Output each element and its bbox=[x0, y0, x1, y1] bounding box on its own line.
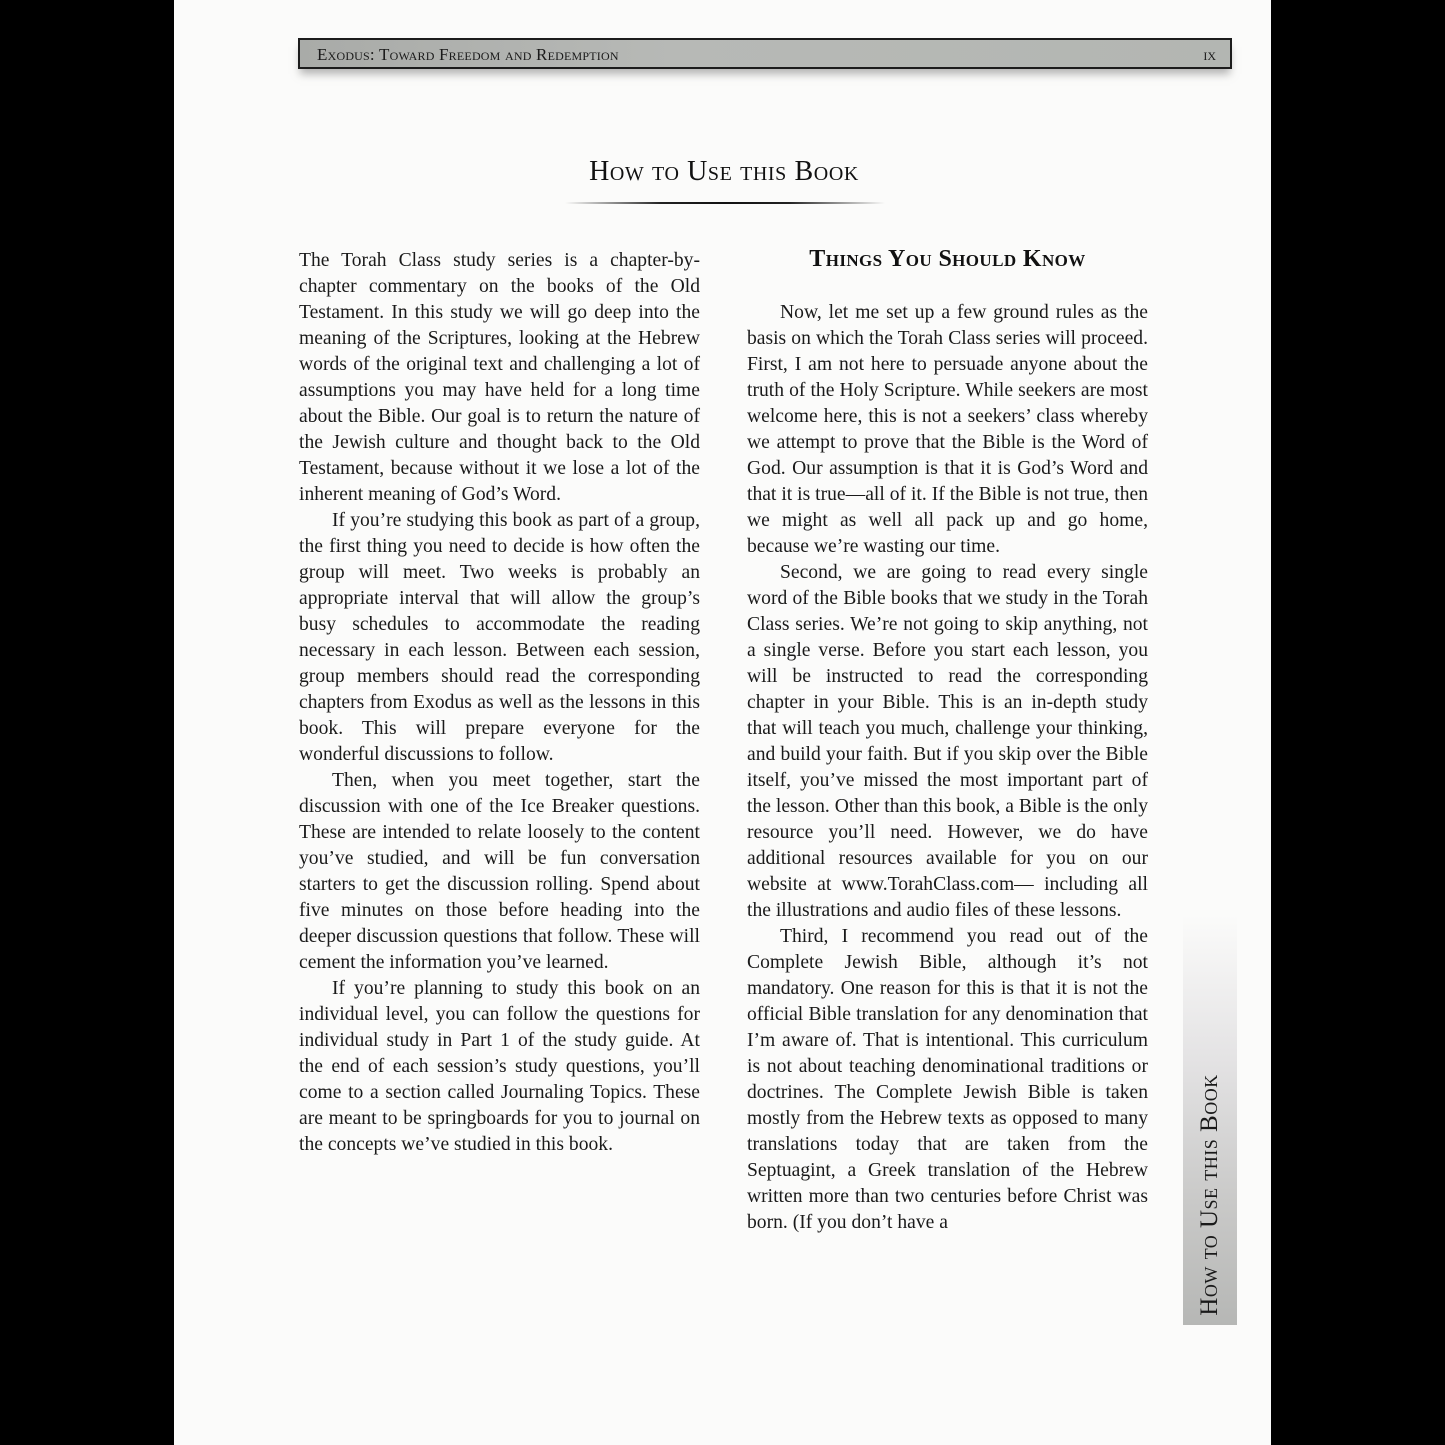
paragraph: Third, I recommend you read out of the C… bbox=[747, 924, 1148, 1236]
section-heading: Things You Should Know bbox=[747, 246, 1148, 273]
chapter-side-tab: How to Use this Book bbox=[1183, 915, 1237, 1325]
paragraph: If you’re planning to study this book on… bbox=[299, 976, 700, 1158]
page-title: How to Use this Book bbox=[474, 156, 974, 188]
paragraph: Now, let me set up a few ground rules as… bbox=[747, 300, 1148, 560]
running-head-title: Exodus: Toward Freedom and Redemption bbox=[317, 45, 619, 65]
page-number: ix bbox=[1203, 45, 1216, 65]
side-tab-label: How to Use this Book bbox=[1196, 1074, 1224, 1315]
left-column: The Torah Class study series is a chapte… bbox=[299, 248, 700, 1158]
title-divider bbox=[565, 202, 885, 204]
paragraph: Second, we are going to read every singl… bbox=[747, 560, 1148, 924]
right-column: Now, let me set up a few ground rules as… bbox=[747, 300, 1148, 1236]
running-head-bar: Exodus: Toward Freedom and Redemption ix bbox=[298, 38, 1232, 69]
paragraph: The Torah Class study series is a chapte… bbox=[299, 248, 700, 508]
paragraph: If you’re studying this book as part of … bbox=[299, 508, 700, 768]
paragraph: Then, when you meet together, start the … bbox=[299, 768, 700, 976]
